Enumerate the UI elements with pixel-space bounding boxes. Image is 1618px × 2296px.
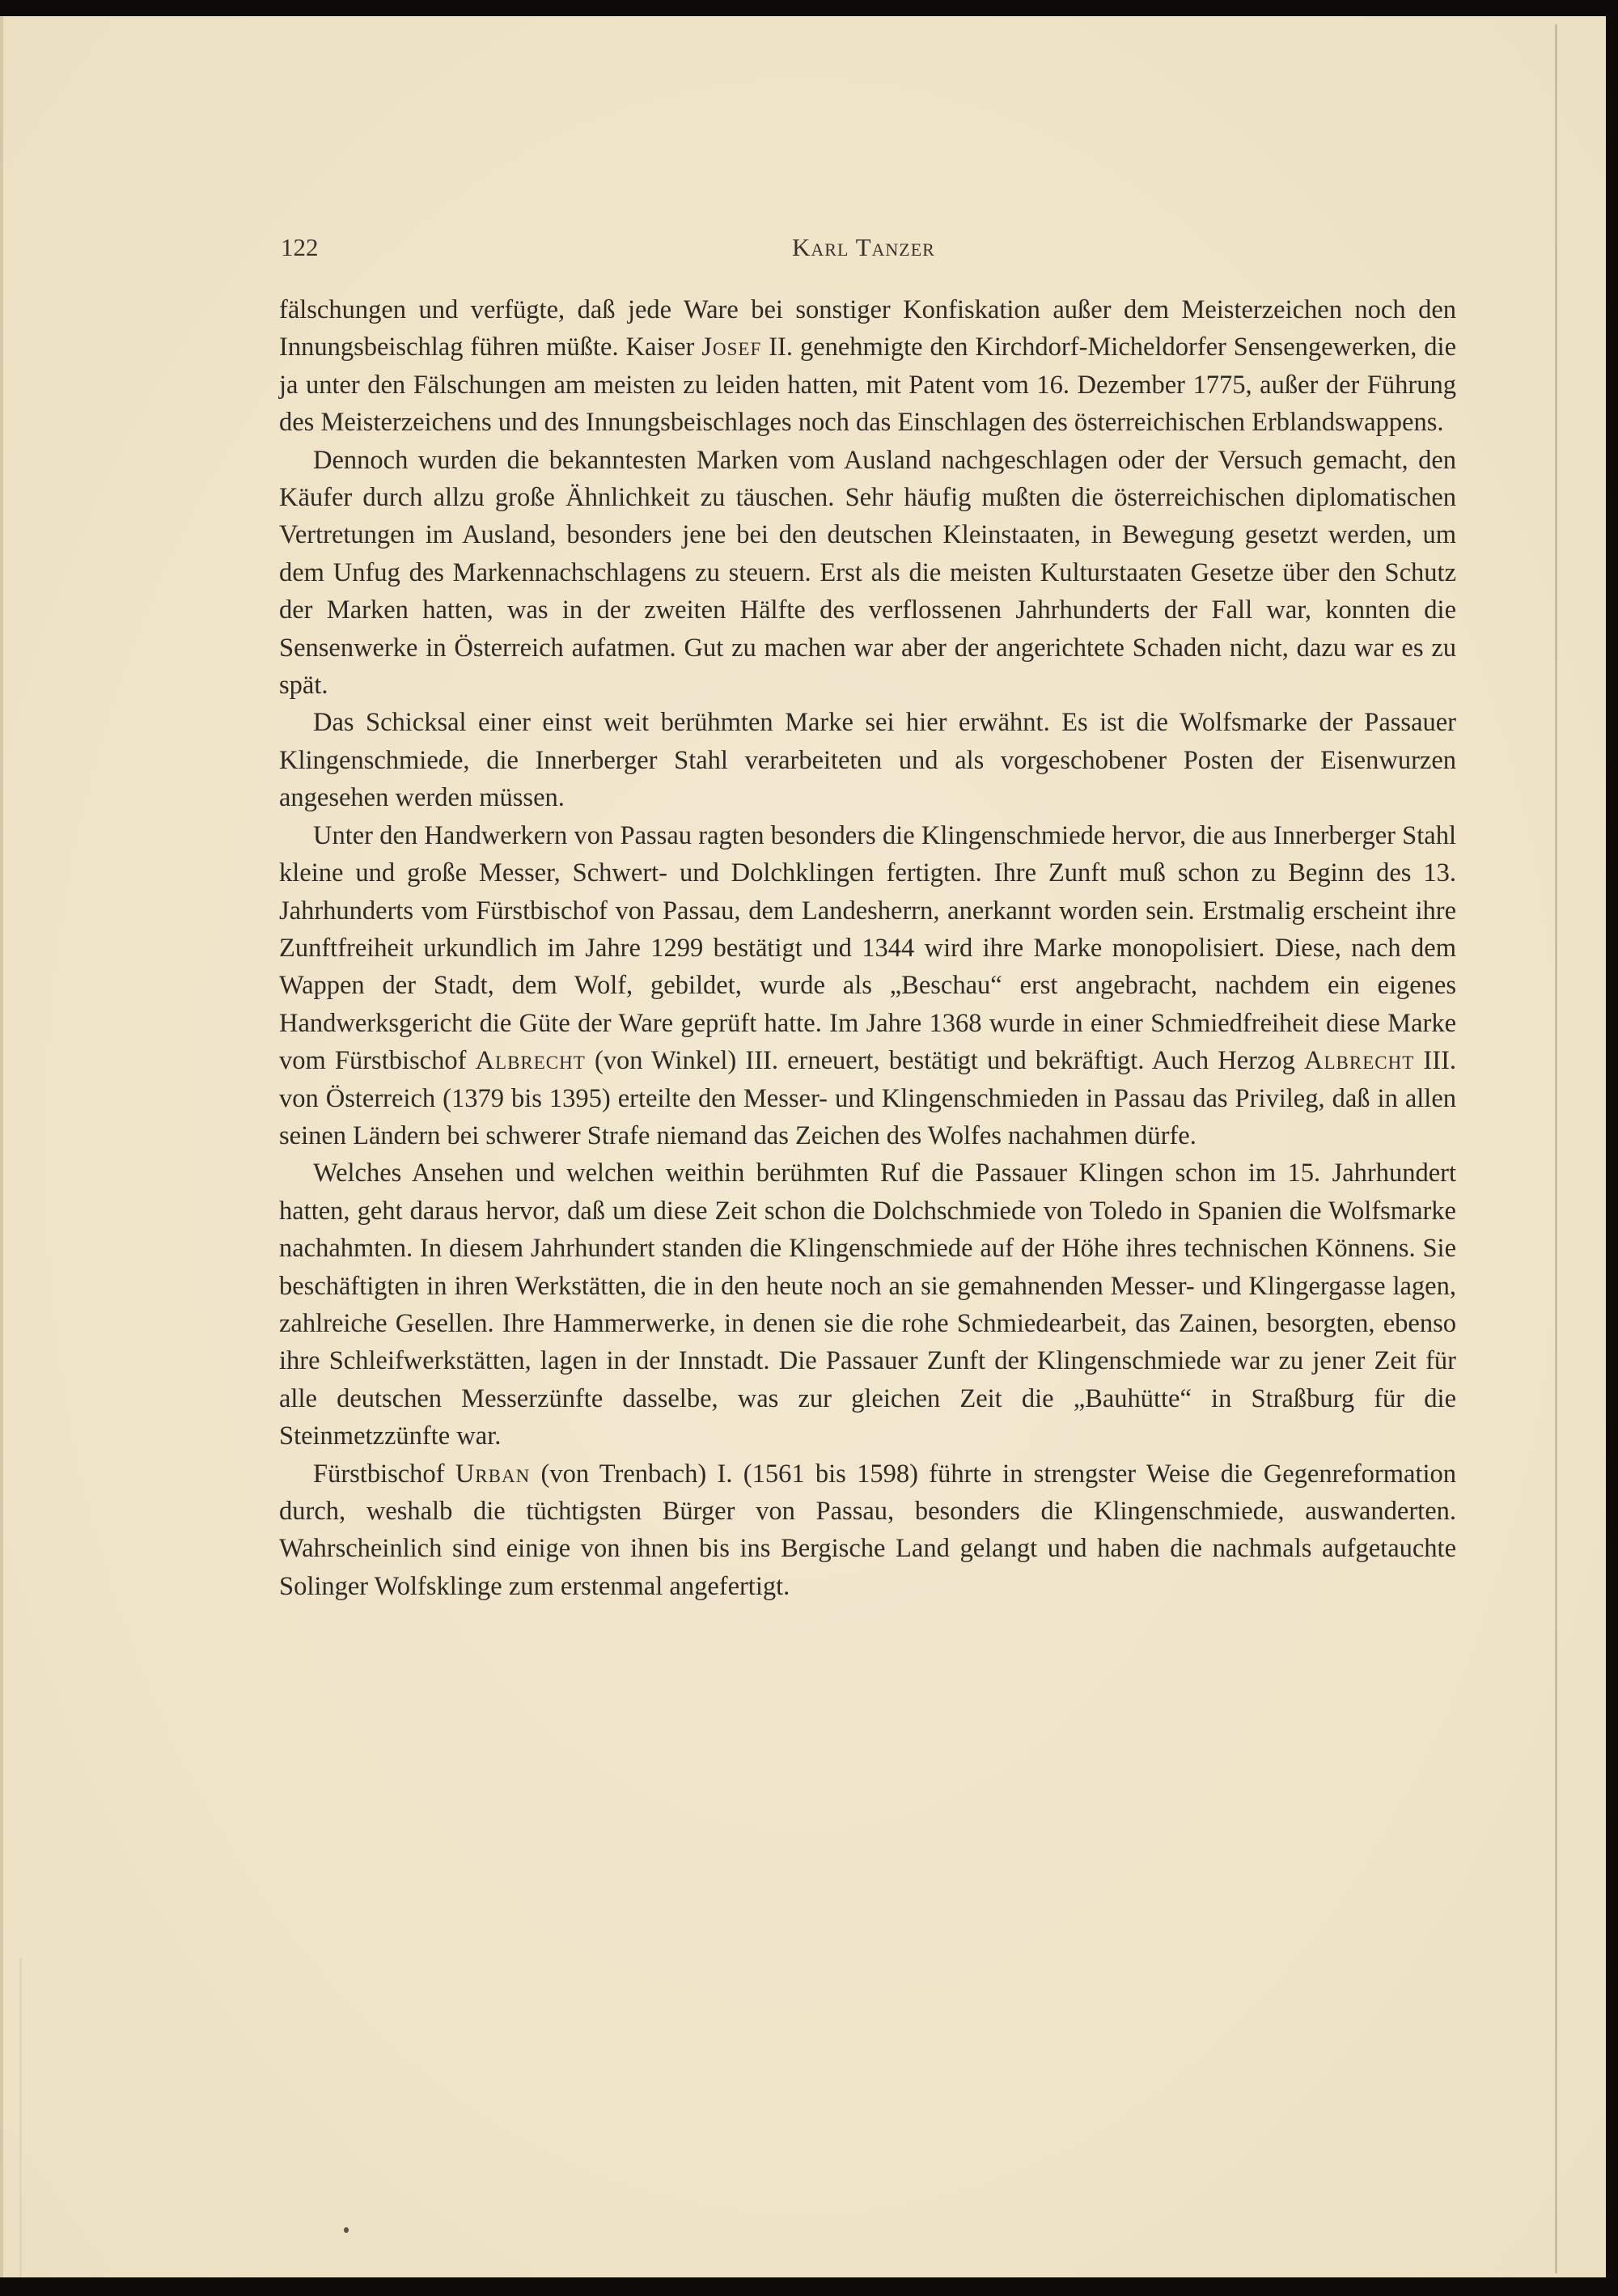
- page-header: 122 Karl Tanzer: [281, 233, 1454, 265]
- paragraph: Dennoch wurden die bekanntesten Marken v…: [279, 442, 1456, 705]
- person-name: Albrecht: [1304, 1046, 1414, 1075]
- person-name: Josef: [701, 333, 761, 362]
- paragraph: Unter den Handwerkern von Passau ragten …: [279, 817, 1456, 1155]
- paragraph-text: Das Schicksal einer einst weit berühmten…: [279, 708, 1456, 812]
- paragraph: fälschungen und verfügte, daß jede Ware …: [279, 291, 1456, 442]
- paper-speck: [344, 2227, 349, 2233]
- paragraph-text: Fürstbischof: [313, 1459, 455, 1489]
- body-text: fälschungen und verfügte, daß jede Ware …: [279, 291, 1456, 1605]
- paragraph: Welches Ansehen und welchen weithin berü…: [279, 1154, 1456, 1455]
- paragraph-text: Welches Ansehen und welchen weithin berü…: [279, 1159, 1456, 1451]
- person-name: Urban: [455, 1459, 530, 1489]
- page-fold-line: [1555, 24, 1557, 2273]
- paragraph: Das Schicksal einer einst weit berühmten…: [279, 704, 1456, 816]
- running-head: Karl Tanzer: [792, 233, 935, 262]
- paragraph-text: Unter den Handwerkern von Passau ragten …: [279, 821, 1456, 1075]
- person-name: Albrecht: [476, 1046, 586, 1075]
- paragraph-text: (von Winkel) III. erneuert, bestätigt un…: [586, 1046, 1304, 1075]
- paragraph: Fürstbischof Urban (von Trenbach) I. (15…: [279, 1455, 1456, 1606]
- page-stack-edge: [19, 1958, 22, 2277]
- page-number: 122: [281, 233, 319, 262]
- page-left-edge: [0, 16, 3, 2277]
- paragraph-text: Dennoch wurden die bekanntesten Marken v…: [279, 446, 1456, 700]
